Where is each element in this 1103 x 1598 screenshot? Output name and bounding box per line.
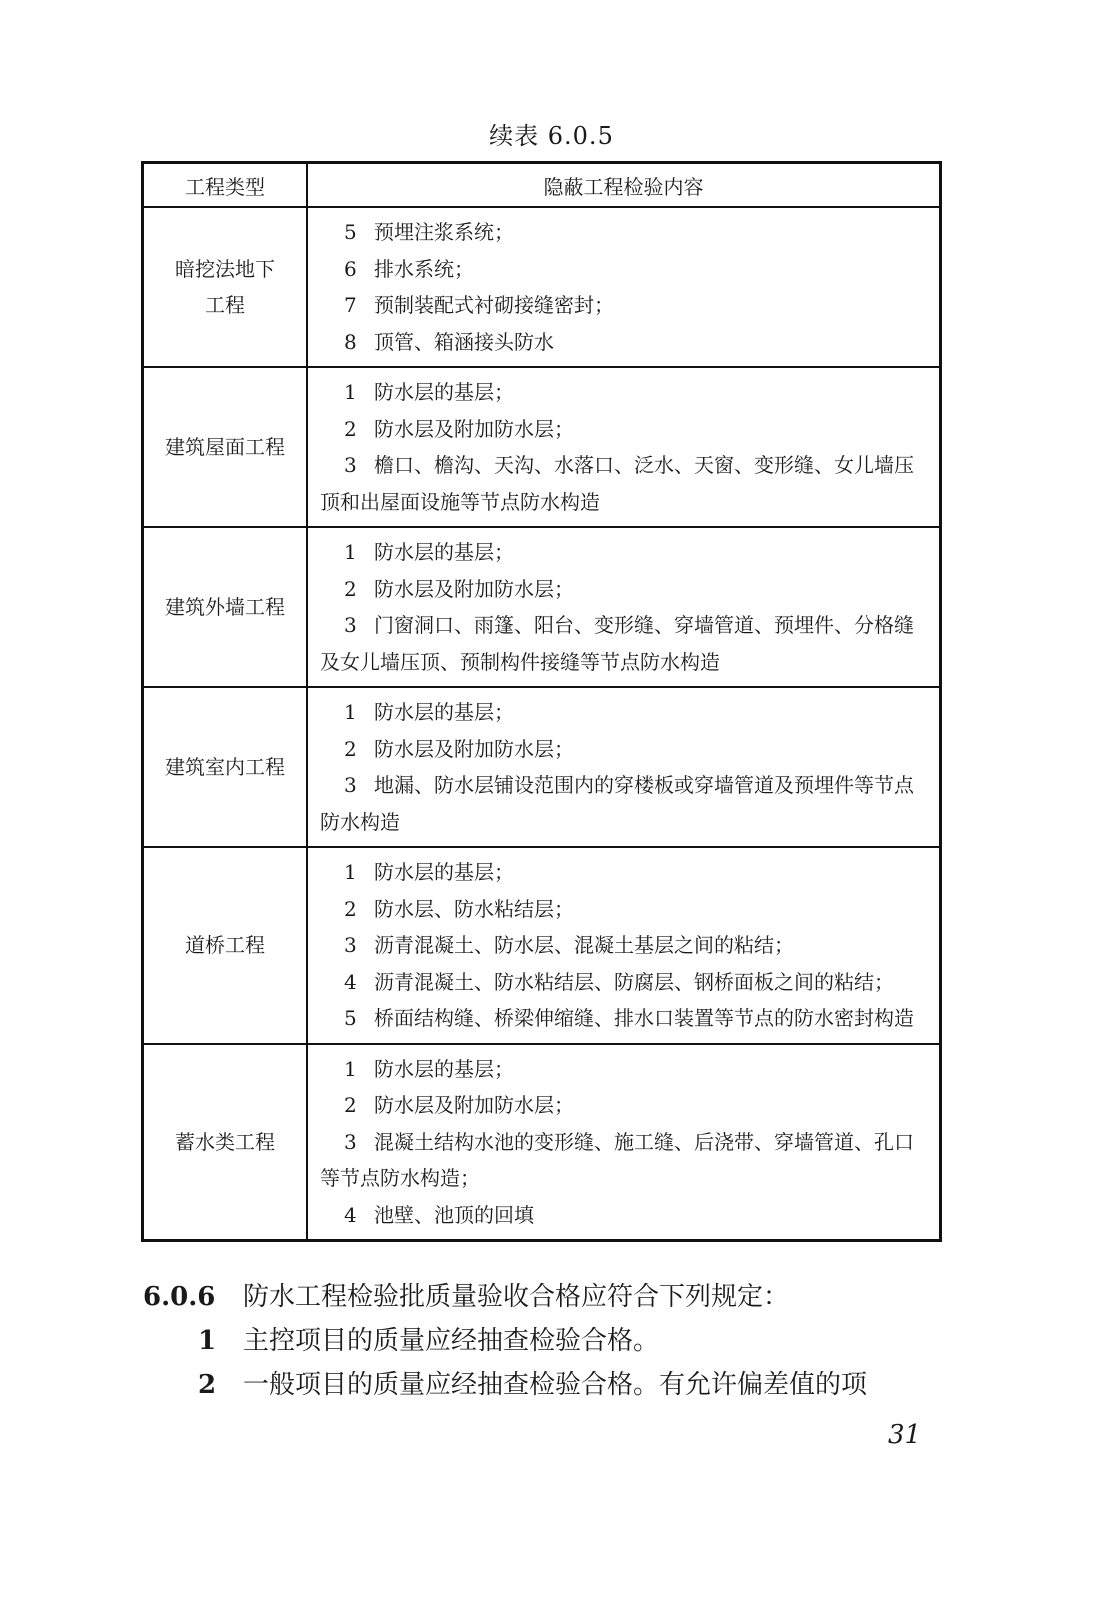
item-text: 檐口、檐沟、天沟、水落口、泛水、天窗、变形缝、女儿墙压顶和出屋面设施等节点防水构… [320, 453, 914, 514]
clause-heading: 6.0.6防水工程检验批质量验收合格应符合下列规定： [143, 1275, 789, 1319]
inspection-content-cell: 1防水层的基层；2防水层及附加防水层；3混凝土结构水池的变形缝、施工缝、后浇带、… [307, 1044, 941, 1241]
clause-number: 6.0.6 [143, 1275, 243, 1319]
table-header-row: 工程类型 隐蔽工程检验内容 [143, 163, 941, 208]
project-type-cell: 道桥工程 [143, 847, 308, 1044]
clause-item-number: 2 [198, 1363, 243, 1407]
item-text: 预制装配式衬砌接缝密封； [374, 293, 614, 317]
item-number: 2 [344, 731, 374, 768]
item-text: 沥青混凝土、防水粘结层、防腐层、钢桥面板之间的粘结； [374, 970, 894, 994]
inspection-item: 4沥青混凝土、防水粘结层、防腐层、钢桥面板之间的粘结； [320, 964, 929, 1001]
hidden-works-inspection-table: 工程类型 隐蔽工程检验内容 暗挖法地下工程5预埋注浆系统；6排水系统；7预制装配… [141, 161, 942, 1242]
project-type-cell: 建筑屋面工程 [143, 367, 308, 527]
item-text: 排水系统； [374, 257, 474, 281]
table-row: 建筑室内工程1防水层的基层；2防水层及附加防水层；3地漏、防水层铺设范围内的穿楼… [143, 687, 941, 847]
project-type: 暗挖法地下工程 [175, 251, 275, 323]
item-text: 预埋注浆系统； [374, 220, 514, 244]
project-type-cell: 暗挖法地下工程 [143, 207, 308, 367]
clause-item: 2一般项目的质量应经抽查检验合格。有允许偏差值的项 [198, 1363, 867, 1407]
table-row: 建筑屋面工程1防水层的基层；2防水层及附加防水层；3檐口、檐沟、天沟、水落口、泛… [143, 367, 941, 527]
clause-item-text: 主控项目的质量应经抽查检验合格。 [243, 1326, 659, 1356]
inspection-item: 3沥青混凝土、防水层、混凝土基层之间的粘结； [320, 927, 929, 964]
inspection-item: 2防水层及附加防水层； [320, 731, 929, 768]
table-row: 建筑外墙工程1防水层的基层；2防水层及附加防水层；3门窗洞口、雨篷、阳台、变形缝… [143, 527, 941, 687]
project-type: 建筑室内工程 [165, 755, 285, 779]
project-type-cell: 建筑外墙工程 [143, 527, 308, 687]
item-text: 桥面结构缝、桥梁伸缩缝、排水口装置等节点的防水密封构造 [374, 1006, 914, 1030]
item-number: 5 [344, 214, 374, 251]
project-type: 建筑屋面工程 [165, 435, 285, 459]
item-number: 1 [344, 534, 374, 571]
item-number: 3 [344, 767, 374, 804]
item-number: 3 [344, 1124, 374, 1161]
inspection-item: 5预埋注浆系统； [320, 214, 929, 251]
item-text: 防水层及附加防水层； [374, 1093, 574, 1117]
header-inspection-content: 隐蔽工程检验内容 [307, 163, 941, 208]
item-number: 7 [344, 287, 374, 324]
inspection-item: 3地漏、防水层铺设范围内的穿楼板或穿墙管道及预埋件等节点防水构造 [320, 767, 929, 840]
inspection-item: 1防水层的基层； [320, 854, 929, 891]
inspection-item: 4池壁、池顶的回填 [320, 1197, 929, 1234]
item-text: 防水层的基层； [374, 860, 514, 884]
project-type: 建筑外墙工程 [165, 595, 285, 619]
inspection-content-cell: 1防水层的基层；2防水层及附加防水层；3檐口、檐沟、天沟、水落口、泛水、天窗、变… [307, 367, 941, 527]
item-text: 防水层的基层； [374, 1057, 514, 1081]
item-number: 2 [344, 1087, 374, 1124]
item-text: 防水层的基层； [374, 540, 514, 564]
inspection-content-cell: 1防水层的基层；2防水层、防水粘结层；3沥青混凝土、防水层、混凝土基层之间的粘结… [307, 847, 941, 1044]
item-text: 防水层及附加防水层； [374, 577, 574, 601]
inspection-item: 7预制装配式衬砌接缝密封； [320, 287, 929, 324]
item-number: 4 [344, 964, 374, 1001]
inspection-item: 3门窗洞口、雨篷、阳台、变形缝、穿墙管道、预埋件、分格缝及女儿墙压顶、预制构件接… [320, 607, 929, 680]
item-number: 4 [344, 1197, 374, 1234]
clause-item: 1主控项目的质量应经抽查检验合格。 [198, 1319, 659, 1363]
clause-item-number: 1 [198, 1319, 243, 1363]
inspection-item: 5桥面结构缝、桥梁伸缩缝、排水口装置等节点的防水密封构造 [320, 1000, 929, 1037]
header-project-type: 工程类型 [143, 163, 308, 208]
item-number: 2 [344, 411, 374, 448]
item-number: 2 [344, 571, 374, 608]
inspection-item: 2防水层、防水粘结层； [320, 891, 929, 928]
table-row: 暗挖法地下工程5预埋注浆系统；6排水系统；7预制装配式衬砌接缝密封；8顶管、箱涵… [143, 207, 941, 367]
table-caption: 续表 6.0.5 [0, 116, 1103, 151]
inspection-item: 8顶管、箱涵接头防水 [320, 324, 929, 361]
inspection-item: 2防水层及附加防水层； [320, 411, 929, 448]
inspection-item: 3混凝土结构水池的变形缝、施工缝、后浇带、穿墙管道、孔口等节点防水构造； [320, 1124, 929, 1197]
clause-item-text: 一般项目的质量应经抽查检验合格。有允许偏差值的项 [243, 1370, 867, 1400]
project-type-cell: 蓄水类工程 [143, 1044, 308, 1241]
item-text: 防水层及附加防水层； [374, 737, 574, 761]
item-text: 顶管、箱涵接头防水 [374, 330, 554, 354]
item-number: 3 [344, 927, 374, 964]
item-number: 8 [344, 324, 374, 361]
inspection-item: 6排水系统； [320, 251, 929, 288]
item-number: 5 [344, 1000, 374, 1037]
inspection-item: 2防水层及附加防水层； [320, 1087, 929, 1124]
item-number: 3 [344, 607, 374, 644]
item-text: 混凝土结构水池的变形缝、施工缝、后浇带、穿墙管道、孔口等节点防水构造； [320, 1130, 914, 1191]
item-text: 防水层、防水粘结层； [374, 897, 574, 921]
project-type: 道桥工程 [185, 933, 265, 957]
project-type-cell: 建筑室内工程 [143, 687, 308, 847]
item-text: 沥青混凝土、防水层、混凝土基层之间的粘结； [374, 933, 794, 957]
item-number: 1 [344, 374, 374, 411]
item-number: 2 [344, 891, 374, 928]
item-number: 6 [344, 251, 374, 288]
item-number: 1 [344, 694, 374, 731]
table-row: 蓄水类工程1防水层的基层；2防水层及附加防水层；3混凝土结构水池的变形缝、施工缝… [143, 1044, 941, 1241]
inspection-item: 1防水层的基层； [320, 374, 929, 411]
item-number: 3 [344, 447, 374, 484]
page-number: 31 [888, 1420, 921, 1450]
item-text: 地漏、防水层铺设范围内的穿楼板或穿墙管道及预埋件等节点防水构造 [320, 773, 914, 834]
item-text: 门窗洞口、雨篷、阳台、变形缝、穿墙管道、预埋件、分格缝及女儿墙压顶、预制构件接缝… [320, 613, 914, 674]
inspection-item: 2防水层及附加防水层； [320, 571, 929, 608]
inspection-content-cell: 1防水层的基层；2防水层及附加防水层；3地漏、防水层铺设范围内的穿楼板或穿墙管道… [307, 687, 941, 847]
clause-text: 防水工程检验批质量验收合格应符合下列规定： [243, 1282, 789, 1312]
item-text: 防水层的基层； [374, 700, 514, 724]
item-text: 防水层的基层； [374, 380, 514, 404]
inspection-content-cell: 5预埋注浆系统；6排水系统；7预制装配式衬砌接缝密封；8顶管、箱涵接头防水 [307, 207, 941, 367]
inspection-item: 1防水层的基层； [320, 534, 929, 571]
table-row: 道桥工程1防水层的基层；2防水层、防水粘结层；3沥青混凝土、防水层、混凝土基层之… [143, 847, 941, 1044]
item-text: 池壁、池顶的回填 [374, 1203, 534, 1227]
project-type: 蓄水类工程 [175, 1130, 275, 1154]
item-number: 1 [344, 854, 374, 891]
item-text: 防水层及附加防水层； [374, 417, 574, 441]
inspection-item: 3檐口、檐沟、天沟、水落口、泛水、天窗、变形缝、女儿墙压顶和出屋面设施等节点防水… [320, 447, 929, 520]
inspection-item: 1防水层的基层； [320, 694, 929, 731]
item-number: 1 [344, 1051, 374, 1088]
inspection-content-cell: 1防水层的基层；2防水层及附加防水层；3门窗洞口、雨篷、阳台、变形缝、穿墙管道、… [307, 527, 941, 687]
inspection-item: 1防水层的基层； [320, 1051, 929, 1088]
